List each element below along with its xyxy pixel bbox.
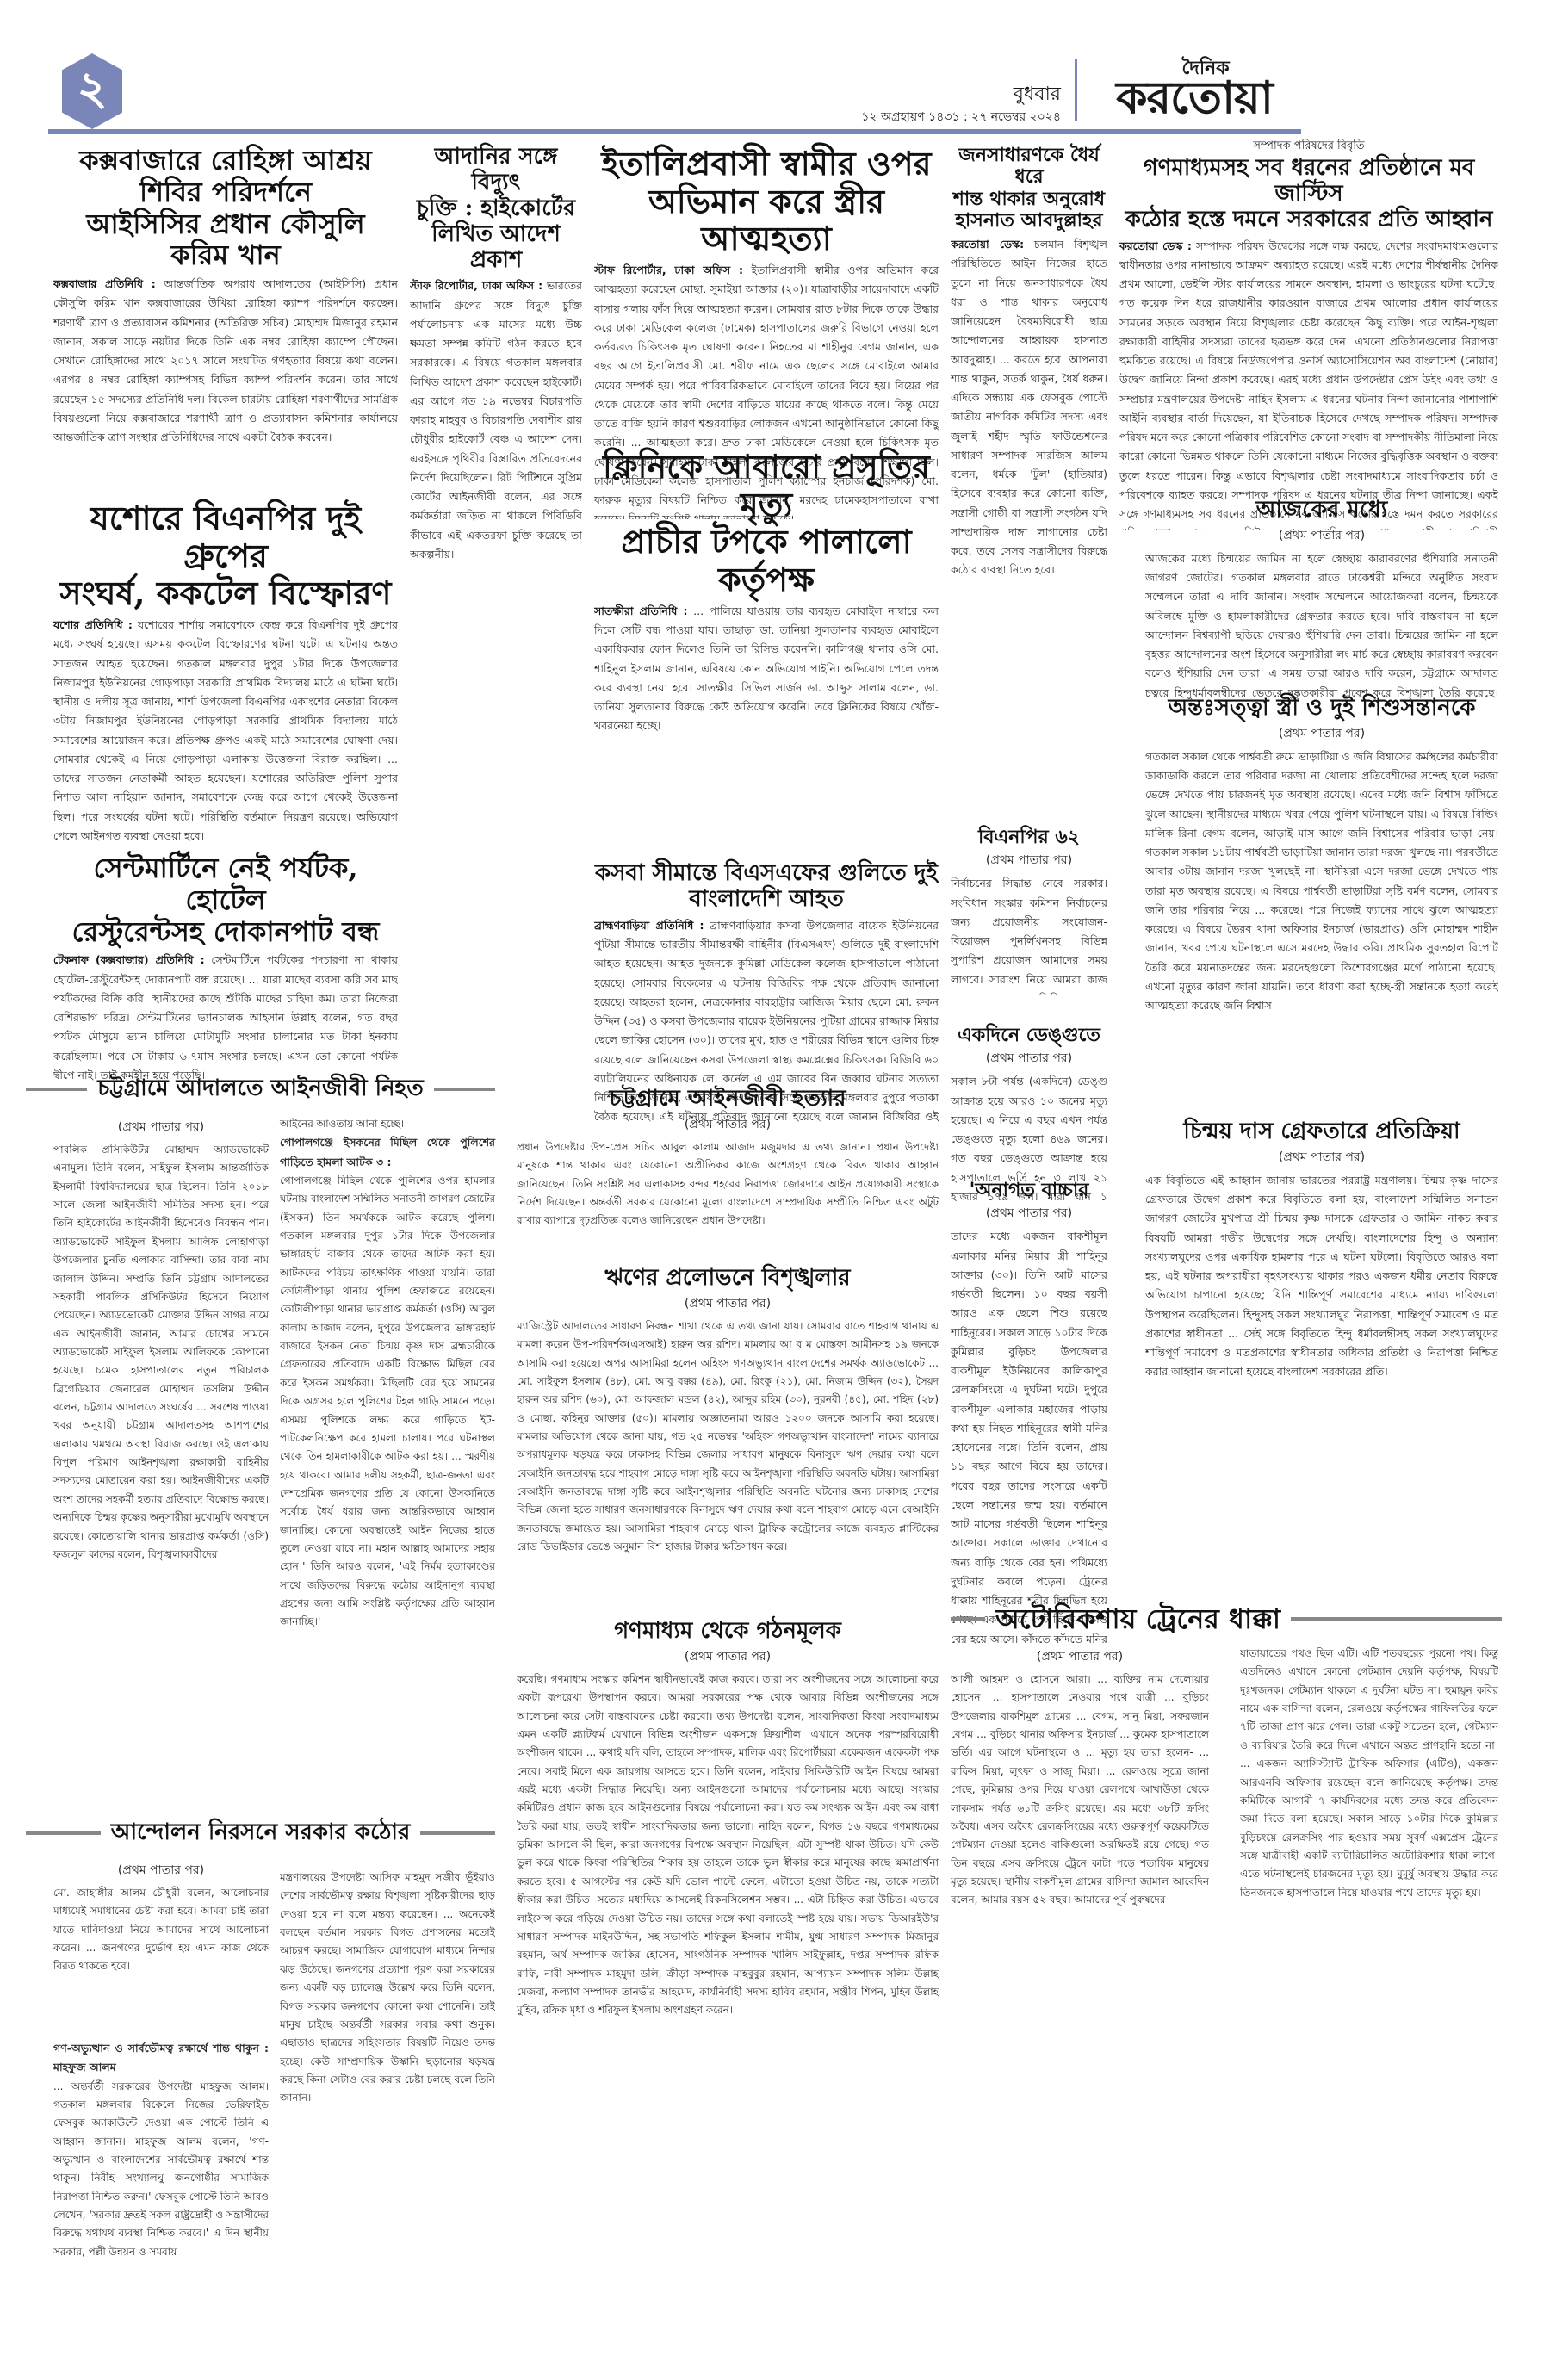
article-media: গণমাধ্যম থেকে গঠনমূলক (প্রথম পাতার পর) ক… [517, 1619, 939, 2334]
continued-label: (প্রথম পাতার পর) [951, 1646, 1209, 1667]
headline: বিএনপির ৬২ [951, 827, 1107, 848]
headline: অন্তঃসত্ত্বা স্ত্রী ও দুই শিশুসন্তানকে [1145, 696, 1498, 722]
body-text: আন্তর্জাতিক অপরাধ আদালতের (আইসিসি) প্রধা… [53, 277, 398, 443]
headline: আইসিসির প্রধান কৌসুলি করিম খান [53, 208, 398, 272]
article-body: স্টাফ রিপোর্টার, ঢাকা অফিস : ভারতের আদান… [410, 276, 582, 1163]
andolon-col-2: মন্ত্রণালয়ের উপদেষ্টা আসিফ মাহমুদ সজীব … [280, 1869, 495, 2316]
article-body: আজকের মধ্যে চিন্ময়ের জামিন না হলে স্বেচ… [1145, 549, 1498, 700]
article-adani: আদানির সঙ্গে বিদ্যুৎ চুক্তি : হাইকোর্টের… [410, 145, 582, 1163]
article-jessore: যশোরে বিএনপির দুই গ্রুপের সংঘর্ষ, ককটেল … [53, 499, 398, 865]
article-body: মো. জাহাঙ্গীর আলম চৌধুরী বলেন, আলোচনার ম… [53, 1884, 269, 2039]
continued-label: (প্রথম পাতার পর) [517, 1293, 939, 1314]
article-body: এক বিবৃতিতে এই আহ্বান জানায় ভারতের পররা… [1145, 1171, 1498, 1636]
kicker: সম্পাদক পরিষদের বিবৃতি [1119, 138, 1498, 156]
headline: কসবা সীমান্তে বিএসএফের গুলিতে দুই বাংলাদ… [594, 861, 939, 913]
article-body: আলী আহমদ ও হোসনে আরা। ... ব্যক্তির নাম দ… [951, 1670, 1209, 2325]
article-body: নির্বাচনের সিদ্ধান্ত নেবে সরকার। সংবিধান… [951, 874, 1107, 995]
article-body: গোপালগঞ্জে মিছিল থেকে পুলিশের ওপর হামলার… [280, 1172, 495, 1732]
continued-label: (প্রথম পাতার পর) [1145, 723, 1498, 744]
headline: রেস্টুরেন্টসহ দোকানপাট বন্ধ [53, 916, 398, 948]
body-text: যশোরের শার্শায় সমাবেশকে কেন্দ্র করে বিএ… [53, 618, 398, 842]
article-body: পাবলিক প্রসিকিউটর মোহাম্মদ অ্যাডভোকেট এন… [53, 1141, 269, 1761]
headline: সংঘর্ষ, ককটেল বিস্ফোরণ [53, 574, 398, 612]
headline: ঋণের প্রলোভনে বিশৃঙ্খলার [517, 1266, 939, 1292]
headline: চিন্ময় দাস গ্রেফতারে প্রতিক্রিয়া [1145, 1119, 1498, 1145]
subhead: গণ-অভ্যুত্থান ও সার্বভৌমত্ব রক্ষার্থে শা… [53, 2039, 269, 2078]
dateline: করতোয়া ডেস্ক : [1119, 239, 1192, 252]
autorickshaw-col-1: (প্রথম পাতার পর) আলী আহমদ ও হোসনে আরা। .… [951, 1645, 1209, 2325]
body-text: ভারতের আদানি গ্রুপের সঙ্গে বিদ্যুৎ চুক্ত… [410, 279, 582, 561]
headline: গণমাধ্যমসহ সব ধরনের প্রতিষ্ঠানে মব জাস্ট… [1119, 156, 1498, 208]
headline: চুক্তি : হাইকোর্টের [410, 196, 582, 222]
masthead-rule [48, 129, 1301, 134]
headline: প্রাচীর টপকে পালালো কর্তৃপক্ষ [594, 523, 939, 598]
body-text: চলমান বিশৃঙ্খল পরিস্থিতিতে আইন নিজের হাত… [951, 238, 1107, 576]
dateline: টেকনাফ (কক্সবাজার) প্রতিনিধি : [53, 953, 205, 966]
article-body: যশোর প্রতিনিধি : যশোরের শার্শায় সমাবেশক… [53, 616, 398, 865]
headline: আন্দোলন নিরসনে সরকার কঠোর [111, 1820, 411, 1846]
continued-label: (প্রথম পাতার পর) [951, 1203, 1107, 1224]
headline-rule [1291, 1617, 1502, 1621]
body-text: সম্পাদক পরিষদ উদ্বেগের সঙ্গে লক্ষ করছে, … [1119, 239, 1498, 530]
page-number-badge: ২ [62, 53, 122, 129]
article-chinmoy: চিন্ময় দাস গ্রেফতারে প্রতিক্রিয়া (প্রথ… [1145, 1119, 1498, 1636]
article-body: ম্যাজিস্ট্রেট আদালতের সাধারণ নিবন্ধন শাখ… [517, 1317, 939, 1627]
headline: ক্লিনিকে আবারো প্রসূতির মৃত্যু [594, 448, 939, 523]
continued-label: (প্রথম পাতার পর) [53, 1117, 269, 1137]
dateline: স্টাফ রিপোর্টার, ঢাকা অফিস : [410, 279, 542, 292]
continued-label: (প্রথম পাতার পর) [951, 1048, 1107, 1069]
ruled-headline: অটোরিকশায় ট্রেনের ধাক্কা [951, 1603, 1502, 1635]
continued-label: (প্রথম পাতার পর) [951, 850, 1107, 871]
dateline: কক্সবাজার প্রতিনিধি : [53, 277, 156, 290]
subhead: গোপালগঞ্জে ইসকনের মিছিল থেকে পুলিশের গাড… [280, 1133, 495, 1172]
masthead-divider [1075, 59, 1077, 121]
ruled-headline: চট্টগ্রামে আদালতে আইনজীবী নিহত [26, 1076, 495, 1102]
article-body: আইনের আওতায় আনা হচ্ছে। [280, 1115, 495, 1133]
autorickshaw-col-2: যাতায়াতের পথও ছিল এটি। এটি শতবছরের পুরন… [1240, 1645, 1498, 2299]
article-body: যাতায়াতের পথও ছিল এটি। এটি শতবছরের পুরন… [1240, 1645, 1498, 2299]
continued-label: (প্রথম পাতার পর) [1145, 525, 1498, 546]
article-andolon: আন্দোলন নিরসনে সরকার কঠোর [26, 1820, 495, 1846]
headline: একদিনে ডেঙ্গুতে [951, 1025, 1107, 1046]
ctg-lawyer-col-2: আইনের আওতায় আনা হচ্ছে। গোপালগঞ্জে ইসকনে… [280, 1115, 495, 1732]
ruled-headline: আন্দোলন নিরসনে সরকার কঠোর [26, 1820, 495, 1846]
article-body: করতোয়া ডেস্ক: চলমান বিশৃঙ্খল পরিস্থিতিত… [951, 235, 1107, 889]
headline: হাসনাত আবদুল্লাহর [951, 210, 1107, 232]
headline: চট্টগ্রামে আইনজীবী হত্যার [517, 1087, 939, 1113]
headline: অভিমান করে স্ত্রীর আত্মহত্যা [594, 183, 939, 257]
dateline: সাতক্ষীরা প্রতিনিধি : [594, 604, 688, 617]
headline: আদানির সঙ্গে বিদ্যুৎ [410, 145, 582, 196]
paper-name-logo: করতোয়া [1087, 74, 1302, 122]
article-body: তাদের মধ্যে একজন বাকশীমূল এলাকার মনির মি… [951, 1227, 1107, 1649]
continued-label: (প্রথম পাতার পর) [517, 1646, 939, 1667]
headline: শান্ত থাকার অনুরোধ [951, 189, 1107, 210]
headline: আজকের মধ্যে [1145, 498, 1498, 524]
date-label: ১২ অগ্রহায়ণ ১৪৩১ : ২৭ নভেম্বর ২০২৪ [775, 107, 1061, 127]
article-ctg-lawyer-killed: চট্টগ্রামে আদালতে আইনজীবী নিহত [26, 1076, 495, 1102]
headline: 'অনাগত বাচ্চার [951, 1180, 1107, 1201]
article-autorickshaw: অটোরিকশায় ট্রেনের ধাক্কা [951, 1603, 1502, 1635]
article-body: করতোয়া ডেস্ক : সম্পাদক পরিষদ উদ্বেগের স… [1119, 237, 1498, 530]
article-icc: কক্সবাজারে রোহিঙ্গা আশ্রয় শিবির পরিদর্শ… [53, 145, 398, 559]
continued-label: (প্রথম পাতার পর) [53, 1860, 269, 1881]
article-kasba: কসবা সীমান্তে বিএসএফের গুলিতে দুই বাংলাদ… [594, 861, 939, 1123]
article-dengue: একদিনে ডেঙ্গুতে (প্রথম পাতার পর) সকাল ৮ট… [951, 1025, 1107, 1201]
dateline: স্টাফ রিপোর্টার, ঢাকা অফিস : [594, 263, 743, 276]
dateline: ব্রাহ্মণবাড়িয়া প্রতিনিধি : [594, 919, 704, 932]
dateline: করতোয়া ডেস্ক: [951, 238, 1024, 251]
headline-rule [951, 1617, 985, 1621]
article-loan: ঋণের প্রলোভনে বিশৃঙ্খলার (প্রথম পাতার পর… [517, 1266, 939, 1627]
dateline: যশোর প্রতিনিধি : [53, 618, 133, 631]
headline: কঠোর হস্তে দমনে সরকারের প্রতি আহ্বান [1119, 208, 1498, 233]
headline-rule [434, 1088, 495, 1091]
ctg-lawyer-col-1: (প্রথম পাতার পর) পাবলিক প্রসিকিউটর মোহাম… [53, 1115, 269, 1761]
article-body: প্রধান উপদেষ্টার উপ-প্রেস সচিব আবুল কালা… [517, 1138, 939, 1250]
article-stmartin: সেন্টমার্টিনে নেই পর্যটক, হোটেল রেস্টুরে… [53, 852, 398, 1157]
headline-rule [26, 1088, 87, 1091]
continued-label: (প্রথম পাতার পর) [1145, 1147, 1498, 1168]
article-body: মন্ত্রণালয়ের উপদেষ্টা আসিফ মাহমুদ সজীব … [280, 1869, 495, 2316]
headline-rule [420, 1831, 495, 1835]
headline: যশোরে বিএনপির দুই গ্রুপের [53, 499, 398, 574]
article-body: ... অন্তর্বর্তী সরকারের উপদেষ্টা মাহফুজ … [53, 2078, 269, 2336]
article-editors-council: সম্পাদক পরিষদের বিবৃতি গণমাধ্যমসহ সব ধরন… [1119, 138, 1498, 530]
article-unborn: 'অনাগত বাচ্চার (প্রথম পাতার পর) তাদের মধ… [951, 1180, 1107, 1649]
article-body: গতকাল সকাল থেকে পার্শ্ববর্তী রুমে ভাড়াট… [1145, 747, 1498, 1100]
headline: কক্সবাজারে রোহিঙ্গা আশ্রয় শিবির পরিদর্শ… [53, 145, 398, 208]
headline-rule [26, 1831, 101, 1835]
body-text: ... পালিয়ে যাওয়ায় তার ব্যবহৃত মোবাইল … [594, 604, 939, 733]
article-body: করেছি। গণমাধ্যম সংস্কার কমিশন স্বাধীনভাব… [517, 1670, 939, 2334]
article-hasnat: জনসাধারণকে ধৈর্য ধরে শান্ত থাকার অনুরোধ … [951, 145, 1107, 889]
continued-label: (প্রথম পাতার পর) [517, 1114, 939, 1135]
headline: চট্টগ্রামে আদালতে আইনজীবী নিহত [97, 1076, 423, 1102]
andolon-col-1: (প্রথম পাতার পর) মো. জাহাঙ্গীর আলম চৌধুর… [53, 1858, 269, 2336]
body-text: সেন্টমার্টিনে পর্যটকের পদচারণা না থাকায়… [53, 953, 398, 1082]
article-ajker: আজকের মধ্যে (প্রথম পাতার পর) আজকের মধ্যে… [1145, 498, 1498, 700]
headline: লিখিত আদেশ প্রকাশ [410, 222, 582, 274]
headline: ইতালিপ্রবাসী স্বামীর ওপর [594, 145, 939, 183]
article-ctg-lawyer-murder: চট্টগ্রামে আইনজীবী হত্যার (প্রথম পাতার প… [517, 1087, 939, 1250]
headline: সেন্টমার্টিনে নেই পর্যটক, হোটেল [53, 852, 398, 916]
article-bnp62: বিএনপির ৬২ (প্রথম পাতার পর) নির্বাচনের স… [951, 827, 1107, 995]
headline: জনসাধারণকে ধৈর্য ধরে [951, 145, 1107, 189]
headline: অটোরিকশায় ট্রেনের ধাক্কা [995, 1603, 1280, 1635]
headline: গণমাধ্যম থেকে গঠনমূলক [517, 1619, 939, 1645]
article-antahsatta: অন্তঃসত্ত্বা স্ত্রী ও দুই শিশুসন্তানকে (… [1145, 696, 1498, 1100]
